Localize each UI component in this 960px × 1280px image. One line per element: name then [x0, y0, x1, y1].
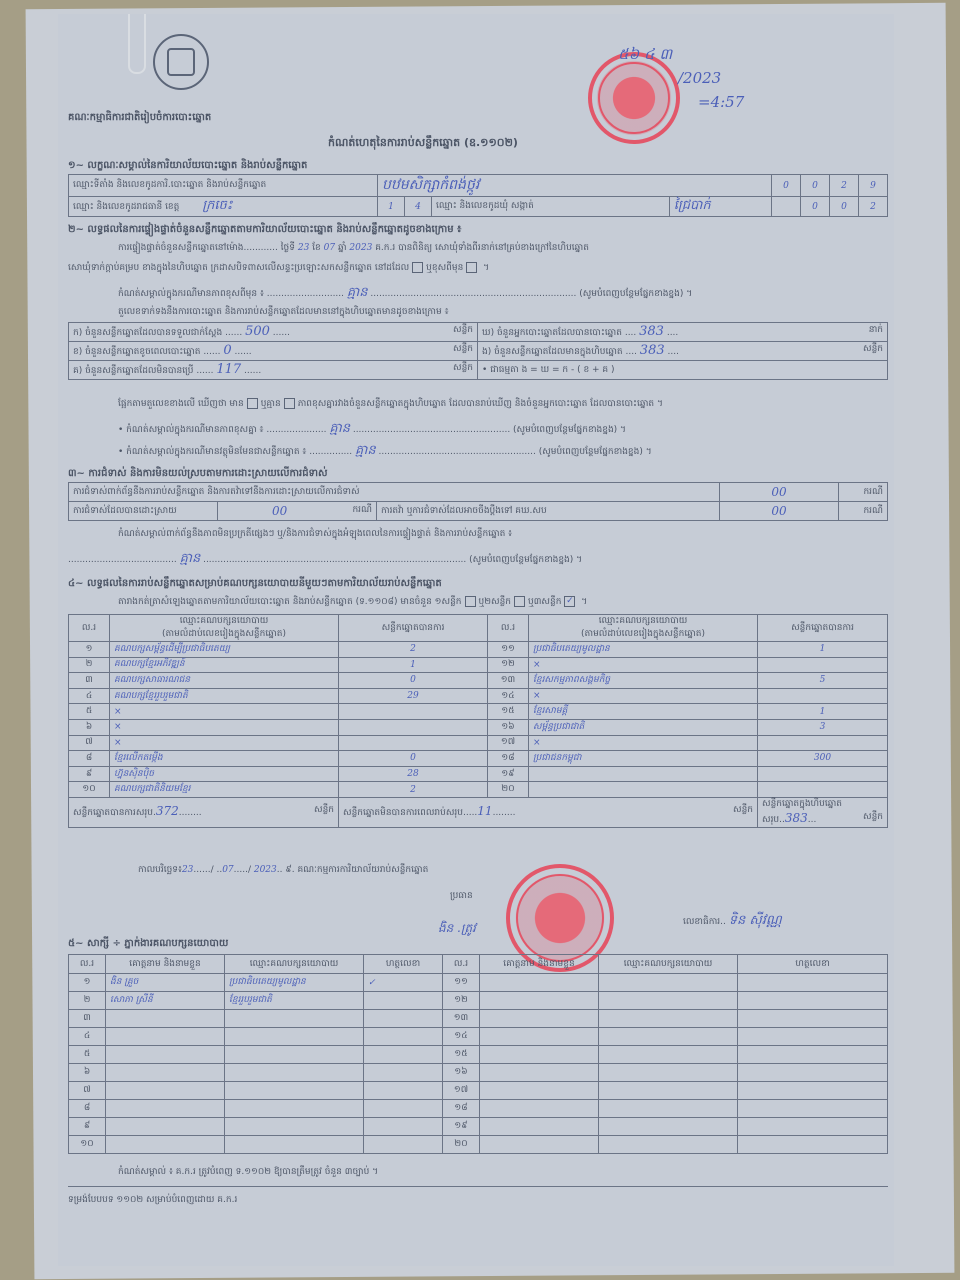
section1-heading: ១~ លក្ខណៈសម្គាល់នៃការិយាល័យបោះឆ្នោត និងរ…: [68, 158, 307, 173]
party-no: ៧: [69, 735, 110, 751]
form-reference: ទម្រង់បែបបទ ១១០២ សម្រាប់បំពេញដោយ គ.ក.រ: [68, 1194, 237, 1207]
witness-name: [480, 1064, 599, 1082]
witness-no: ៨: [69, 1100, 106, 1118]
difference-note: • កំណត់សម្គាល់ក្នុងករណីមានភាពខុសគ្នា ៖ .…: [118, 420, 626, 439]
secretary-signature: ទិន ស៊ីវណ្ណ: [729, 913, 782, 928]
table-row: ១០២០: [69, 1136, 888, 1154]
witness-no: ៧: [69, 1082, 106, 1100]
party-name: សម្ព័ន្ធប្រជាជាតិ: [529, 719, 758, 735]
seal-line: សោឃុំទាក់ក្ដាប់គម្រប ខាងក្នុងនៃហិបឆ្នោត …: [68, 262, 489, 275]
witness-no: ១៩: [443, 1118, 480, 1136]
party-no: ៦: [69, 719, 110, 735]
party-name: គណបក្សជាតិនិយមខ្មែរ: [110, 782, 339, 798]
table-row: ៥×១៥ខ្មែរសាមគ្គី1: [69, 704, 888, 720]
witness-name: ងិន គ្រួច: [106, 974, 225, 992]
witness-no: ១០: [69, 1136, 106, 1154]
difference-yes-checkbox[interactable]: [247, 398, 258, 409]
witness-party: [225, 1136, 364, 1154]
witness-sign: [364, 1046, 443, 1064]
party-no: ១១: [488, 642, 529, 658]
table-row: ៦×១៦សម្ព័ន្ធប្រជាជាតិ3: [69, 719, 888, 735]
difference-no-checkbox[interactable]: [284, 398, 295, 409]
table-row: ៣១៣: [69, 1010, 888, 1028]
witness-party: [599, 1010, 738, 1028]
witness-party: ខ្មែររួបរួមជាតិ: [225, 992, 364, 1010]
section4-heading: ៤~ លទ្ធផលនៃការរាប់សន្លឹកឆ្នោតសម្រាប់គណបក…: [68, 576, 442, 591]
foreign-object-note: • កំណត់សម្គាល់ក្នុងករណីមានវត្ថុមិនមែនជាស…: [118, 442, 652, 461]
party-name: [529, 782, 758, 798]
section2-heading: ២~ លទ្ធផលនៃការផ្ទៀងផ្ទាត់ចំនួនសន្លឹកឆ្នោ…: [68, 222, 461, 237]
witness-no: ៤: [69, 1028, 106, 1046]
verify-line: ការផ្ទៀងផ្ទាត់ចំនួនសន្លឹកឆ្នោតនៅម៉ោង....…: [118, 242, 589, 255]
witness-party: [599, 1136, 738, 1154]
witness-name: [106, 1028, 225, 1046]
table-row: ៤១៤: [69, 1028, 888, 1046]
party-no: ៥: [69, 704, 110, 720]
change-note: កំណត់សម្គាល់ក្នុងករណីមានភាពខុសពីមុន ៖ ..…: [118, 284, 692, 303]
witness-name: [106, 1100, 225, 1118]
witness-sign: [364, 1010, 443, 1028]
station-label: ឈ្មោះទីតាំង និងលេខកូដការិ.បោះឆ្នោត និងរា…: [69, 175, 378, 197]
witness-no: ៥: [69, 1046, 106, 1064]
witness-sign: [364, 1064, 443, 1082]
witness-sign: [738, 1082, 888, 1100]
table-row: ៧×១៧×: [69, 735, 888, 751]
witness-name: សោភា ស្រីនី: [106, 992, 225, 1010]
party-votes: 5: [758, 673, 888, 689]
party-votes: 3: [758, 719, 888, 735]
total-valid-votes: 372: [156, 804, 179, 818]
witness-no: ១៣: [443, 1010, 480, 1028]
party-name: ខ្មែរសកម្មភាពសង្គមកិច្ច: [529, 673, 758, 689]
table-row: ៨១៨: [69, 1100, 888, 1118]
witness-name: [480, 1100, 599, 1118]
witness-no: ១៥: [443, 1046, 480, 1064]
table-row: ៨ខ្មែរលើកតម្កើង0១៨ប្រជាជនកម្ពុជា300: [69, 751, 888, 767]
table-row: ៩១៩: [69, 1118, 888, 1136]
witness-name: [106, 1118, 225, 1136]
witness-sign: ✓: [364, 974, 443, 992]
sheet-count-line: តារាងកត់ត្រាសំឡេងឆ្នោតតាមការិយាល័យបោះឆ្ន…: [118, 596, 587, 609]
party-votes: 0: [339, 673, 488, 689]
chair-signature: ងិន .ត្រូវ: [438, 920, 476, 938]
witness-name: [480, 1010, 599, 1028]
divider: [68, 1186, 888, 1187]
station-name: បឋមសិក្សាកំពង់ថ្កូវ: [378, 175, 772, 197]
party-no: ១៦: [488, 719, 529, 735]
witness-name: [106, 1082, 225, 1100]
witness-party: [225, 1064, 364, 1082]
witness-sign: [364, 1136, 443, 1154]
witness-party: [225, 1100, 364, 1118]
commune-name: ជ្រៃបាក់: [669, 197, 771, 217]
irregularity-note: ...................................... គ…: [68, 550, 582, 569]
compare-line: ផ្អែកតាមតួលេខខាងលើ ឃើញថា មានឬគ្មានភាពខុស…: [118, 398, 663, 411]
table-row: ១០គណបក្សជាតិនិយមខ្មែរ2២០: [69, 782, 888, 798]
witness-party: [599, 1082, 738, 1100]
witness-table: ល.រ គោត្តនាម និងនាមខ្លួន ឈ្មោះគណបក្សនយោប…: [68, 954, 888, 1154]
witness-sign: [738, 1010, 888, 1028]
party-votes: 2: [339, 642, 488, 658]
party-votes: 29: [339, 688, 488, 704]
party-no: ១៥: [488, 704, 529, 720]
witness-party: [599, 1064, 738, 1082]
party-name: គណបក្សសម្ព័ន្ធដើម្បីប្រជាធិបតេយ្យ: [110, 642, 339, 658]
party-name: គណបក្សសាធារណជន: [110, 673, 339, 689]
witness-no: ២០: [443, 1136, 480, 1154]
witness-party: [599, 1046, 738, 1064]
party-no: ១៩: [488, 766, 529, 782]
witness-sign: [738, 1100, 888, 1118]
party-name: ខ្មែរសាមគ្គី: [529, 704, 758, 720]
province-name: ក្រចេះ: [202, 198, 232, 213]
secretary-label: លេខាធិការ.. ទិន ស៊ីវណ្ណ: [683, 912, 782, 931]
party-no: ១៣: [488, 673, 529, 689]
witness-party: [599, 992, 738, 1010]
witness-name: [480, 1082, 599, 1100]
witness-name: [480, 1046, 599, 1064]
figures-row: ខ) ចំនួនសន្លឹកឆ្នោតខូចពេលបោះឆ្នោត ......…: [69, 342, 888, 361]
witness-sign: [738, 1136, 888, 1154]
witness-no: ១៧: [443, 1082, 480, 1100]
complaints-table: ការជំទាស់ពាក់ព័ន្ធនឹងការរាប់សន្លឹកឆ្នោត …: [68, 482, 888, 521]
party-votes: 1: [339, 657, 488, 673]
witness-party: [225, 1028, 364, 1046]
party-no: ១២: [488, 657, 529, 673]
party-name: ខ្មែរលើកតម្កើង: [110, 751, 339, 767]
witness-no: ១១: [443, 974, 480, 992]
party-name: គណបក្សខ្មែរអភិវឌ្ឍន៍: [110, 657, 339, 673]
party-no: ១៤: [488, 688, 529, 704]
party-votes: [758, 657, 888, 673]
party-name: ប្រជាជនកម្ពុជា: [529, 751, 758, 767]
table-row: ៩ហ្វ៊ុនស៊ិនប៉ិច28១៩: [69, 766, 888, 782]
witness-party: [599, 974, 738, 992]
witness-no: ១៤: [443, 1028, 480, 1046]
table-row: ២គណបក្សខ្មែរអភិវឌ្ឍន៍1១២×: [69, 657, 888, 673]
witness-party: ប្រជាធិបតេយ្យមូលដ្ឋាន: [225, 974, 364, 992]
party-no: ១: [69, 642, 110, 658]
witness-no: ១២: [443, 992, 480, 1010]
section5-heading: ៥~ សាក្សី ÷ ភ្នាក់ងារគណបក្សនយោបាយ: [68, 936, 228, 951]
party-no: ២: [69, 657, 110, 673]
witness-sign: [364, 1028, 443, 1046]
witness-name: [106, 1064, 225, 1082]
witness-no: ៩: [69, 1118, 106, 1136]
party-name: ×: [110, 735, 339, 751]
figures-intro: តួលេខទាក់ទងនឹងការបោះឆ្នោត និងការរាប់សន្ល…: [118, 306, 449, 319]
party-no: ១០: [69, 782, 110, 798]
irregularity-note-label: កំណត់សម្គាល់ពាក់ព័ន្ធនឹងភាពមិនប្រក្រតីផ្…: [118, 528, 512, 541]
party-name: ហ្វ៊ុនស៊ិនប៉ិច: [110, 766, 339, 782]
party-votes: [758, 688, 888, 704]
witness-sign: [738, 1046, 888, 1064]
one-sheet-checkbox[interactable]: [465, 596, 476, 607]
witness-no: ១: [69, 974, 106, 992]
party-votes: [758, 735, 888, 751]
signature-date: កាលបរិច្ឆេទ៖23....../ ..07...../ 2023.. …: [138, 864, 428, 877]
table-row: ៣គណបក្សសាធារណជន0១៣ខ្មែរសកម្មភាពសង្គមកិច្…: [69, 673, 888, 689]
witness-sign: [738, 1064, 888, 1082]
ballot-figures-table: ក) ចំនួនសន្លឹកឆ្នោតដែលបានទទួលជាក់ស្ដែង .…: [68, 322, 888, 380]
witness-name: [106, 1010, 225, 1028]
nec-logo-icon: [153, 34, 209, 90]
witness-name: [480, 974, 599, 992]
party-votes: 1: [758, 642, 888, 658]
witness-no: ១៦: [443, 1064, 480, 1082]
form-title: កំណត់ហេតុនៃការរាប់សន្លឹកឆ្នោត (ឧ.១១០២): [328, 136, 518, 152]
party-votes: 2: [339, 782, 488, 798]
table-row: ៤គណបក្សខ្មែររួបរួមជាតិ29១៤×: [69, 688, 888, 704]
witness-party: [599, 1100, 738, 1118]
witness-sign: [364, 992, 443, 1010]
witness-sign: [738, 1028, 888, 1046]
table-row: ៥១៥: [69, 1046, 888, 1064]
witness-name: [480, 1118, 599, 1136]
party-votes: [758, 782, 888, 798]
party-name: ×: [529, 688, 758, 704]
party-votes: [758, 766, 888, 782]
party-name: ប្រជាធិបតេយ្យមូលដ្ឋាន: [529, 642, 758, 658]
witness-no: ១៨: [443, 1100, 480, 1118]
organization-name: គណៈកម្មាធិការជាតិរៀបចំការបោះឆ្នោត: [68, 110, 211, 125]
receipt-note: ៥៦ ៤ ៣ /2023 =4:57: [618, 42, 744, 114]
seal-same-checkbox[interactable]: [412, 262, 423, 273]
party-name: ×: [110, 704, 339, 720]
seal-changed-checkbox[interactable]: [466, 262, 477, 273]
table-row: ៧១៧: [69, 1082, 888, 1100]
party-votes: [339, 735, 488, 751]
witness-sign: [364, 1082, 443, 1100]
table-row: ១គណបក្សសម្ព័ន្ធដើម្បីប្រជាធិបតេយ្យ2១១ប្រ…: [69, 642, 888, 658]
witness-no: ៣: [69, 1010, 106, 1028]
witness-sign: [364, 1100, 443, 1118]
three-sheet-checkbox[interactable]: ✓: [564, 596, 575, 607]
figures-row: ក) ចំនួនសន្លឹកឆ្នោតដែលបានទទួលជាក់ស្ដែង .…: [69, 323, 888, 342]
table-row: ៦១៦: [69, 1064, 888, 1082]
commune-label: ឈ្មោះ និងលេខកូដឃុំ សង្កាត់: [432, 197, 670, 217]
witness-name: [480, 1136, 599, 1154]
party-name: [529, 766, 758, 782]
section3-heading: ៣~ ការជំទាស់ និងការមិនយល់ស្របតាមការដោះស្…: [68, 466, 328, 481]
witness-no: ២: [69, 992, 106, 1010]
witness-name: [480, 992, 599, 1010]
witness-party: [225, 1082, 364, 1100]
witness-party: [225, 1010, 364, 1028]
party-no: ២០: [488, 782, 529, 798]
party-votes: [339, 704, 488, 720]
party-votes: 1: [758, 704, 888, 720]
witness-sign: [738, 1118, 888, 1136]
party-no: ៣: [69, 673, 110, 689]
table-row: ២សោភា ស្រីនីខ្មែររួបរួមជាតិ១២: [69, 992, 888, 1010]
station-identity-table: ឈ្មោះទីតាំង និងលេខកូដការិ.បោះឆ្នោត និងរា…: [68, 174, 888, 217]
total-invalid-votes: 11: [477, 804, 492, 818]
two-sheet-checkbox[interactable]: [514, 596, 525, 607]
witness-no: ៦: [69, 1064, 106, 1082]
witness-party: [225, 1118, 364, 1136]
witness-party: [599, 1118, 738, 1136]
party-no: ១៧: [488, 735, 529, 751]
party-votes: 300: [758, 751, 888, 767]
party-results-table: ល.រ ឈ្មោះគណបក្សនយោបាយ(តាមលំដាប់លេខរៀងក្ន…: [68, 614, 888, 828]
party-no: ១៨: [488, 751, 529, 767]
witness-sign: [738, 992, 888, 1010]
party-name: ×: [529, 657, 758, 673]
witness-sign: [364, 1118, 443, 1136]
party-no: ៩: [69, 766, 110, 782]
witness-name: [106, 1046, 225, 1064]
party-votes: 0: [339, 751, 488, 767]
witness-party: [599, 1028, 738, 1046]
party-no: ៤: [69, 688, 110, 704]
party-name: គណបក្សខ្មែររួបរួមជាតិ: [110, 688, 339, 704]
witness-name: [480, 1028, 599, 1046]
party-name: ×: [110, 719, 339, 735]
table-row: ១ងិន គ្រួចប្រជាធិបតេយ្យមូលដ្ឋាន✓១១: [69, 974, 888, 992]
party-votes: 28: [339, 766, 488, 782]
party-name: ×: [529, 735, 758, 751]
footnote: កំណត់សម្គាល់ ៖ គ.ក.រ ត្រូវបំពេញ ទ.១១០២ ឱ…: [118, 1166, 378, 1179]
witness-sign: [738, 974, 888, 992]
province-label: ឈ្មោះ និងលេខកូដរាជធានី ខេត្ត ក្រចេះ: [69, 197, 378, 217]
total-ballots-in-box: 383: [785, 811, 808, 825]
figures-row: គ) ចំនួនសន្លឹកឆ្នោតដែលមិនបានប្រើ ...... …: [69, 361, 888, 380]
party-no: ៨: [69, 751, 110, 767]
witness-party: [225, 1046, 364, 1064]
document-page: គណៈកម្មាធិការជាតិរៀបចំការបោះឆ្នោត កំណត់ហ…: [58, 14, 894, 1266]
witness-name: [106, 1136, 225, 1154]
party-votes: [339, 719, 488, 735]
chair-label: ប្រធាន: [450, 890, 473, 903]
paper-clip: [128, 14, 146, 74]
